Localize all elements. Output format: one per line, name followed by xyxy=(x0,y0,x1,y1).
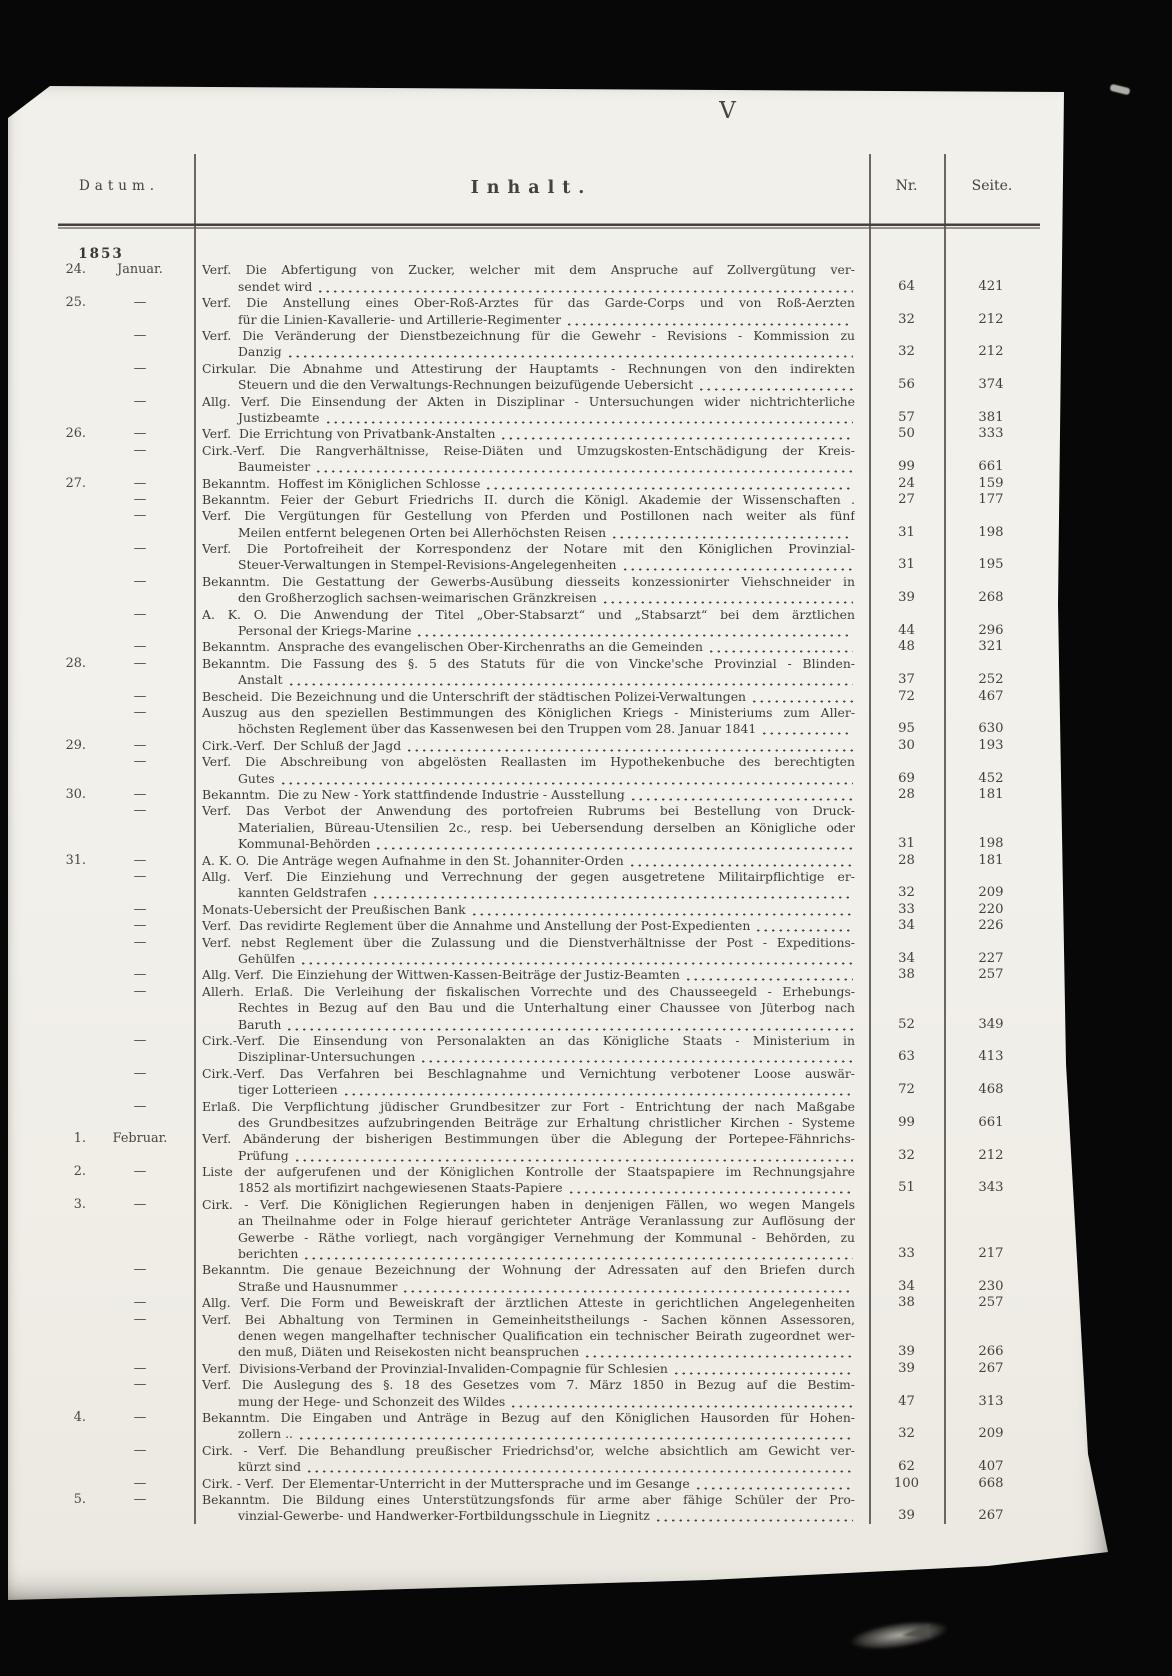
date-day xyxy=(8,869,86,885)
table-row: —Cirk.-Verf. Die Rangverhältnisse, Reise… xyxy=(8,443,1038,476)
date-month: — xyxy=(86,394,194,410)
seite-cell: 381 xyxy=(944,410,1038,426)
seite-cell: 220 xyxy=(944,902,1038,918)
date-month: — xyxy=(86,541,194,557)
entry-text: Personal der Kriegs-Marine xyxy=(238,623,411,639)
nr-cell: 39 xyxy=(869,1344,944,1360)
content-cell: Verf. Abänderung der bisherigen Bestimmu… xyxy=(194,1131,869,1164)
entry-line: Cirk.-Verf. Das Verfahren bei Beschlagna… xyxy=(202,1066,855,1082)
date-cell: — xyxy=(8,705,194,721)
document-page: V Datum. Inhalt. Nr. Seite. 1853 24.Janu… xyxy=(8,84,1108,1606)
entry-line: Prüfung xyxy=(202,1148,855,1164)
seite-cell: 193 xyxy=(944,738,1038,754)
content-cell: Cirk.-Verf. Der Schluß der Jagd xyxy=(194,738,869,754)
nr-cell: 57 xyxy=(869,410,944,426)
dotted-leader xyxy=(710,639,853,655)
date-day xyxy=(8,1377,86,1393)
table-row: 31.—A. K. O. Die Anträge wegen Aufnahme … xyxy=(8,853,1038,869)
date-month: — xyxy=(86,738,194,754)
seite-cell: 413 xyxy=(944,1049,1038,1065)
nr-cell: 39 xyxy=(869,1508,944,1524)
table-row: —Allg. Verf. Die Form und Beweiskraft de… xyxy=(8,1295,1038,1311)
table-row: —Verf. nebst Reglement über die Zulassun… xyxy=(8,935,1038,968)
table-row: 1.Februar.Verf. Abänderung der bisherige… xyxy=(8,1131,1038,1164)
seite-cell: 159 xyxy=(944,476,1038,492)
nr-cell: 44 xyxy=(869,623,944,639)
date-cell: — xyxy=(8,574,194,590)
entry-line: Verf. Die Auslegung des §. 18 des Gesetz… xyxy=(202,1377,855,1393)
date-day xyxy=(8,639,86,655)
table-row: —Cirk. - Verf. Der Elementar-Unterricht … xyxy=(8,1476,1038,1492)
nr-cell: 32 xyxy=(869,1148,944,1164)
date-day xyxy=(8,689,86,705)
date-month: — xyxy=(86,492,194,508)
entry-text: für die Linien-Kavallerie- und Artilleri… xyxy=(238,312,561,328)
seite-cell: 227 xyxy=(944,951,1038,967)
date-cell: — xyxy=(8,1361,194,1377)
entry-text: Allg. Verf. Die Einziehung der Wittwen-K… xyxy=(202,967,680,983)
entry-line: Danzig xyxy=(202,344,855,360)
dotted-leader xyxy=(290,672,853,688)
content-cell: Cirk. - Verf. Die Königlichen Regierunge… xyxy=(194,1197,869,1263)
seite-cell: 257 xyxy=(944,1295,1038,1311)
entry-line: Materialien, Büreau-Utensilien 2c., resp… xyxy=(202,820,855,836)
date-cell: — xyxy=(8,1377,194,1393)
table-row: —A. K. O. Die Anwendung der Titel „Ober-… xyxy=(8,607,1038,640)
date-day xyxy=(8,1361,86,1377)
entry-line: Cirk. - Verf. Die Behandlung preußischer… xyxy=(202,1443,855,1459)
date-day xyxy=(8,935,86,951)
entry-line: tiger Lotterieen xyxy=(202,1082,855,1098)
dotted-leader xyxy=(675,1361,853,1377)
entry-line: sendet wird xyxy=(202,279,855,295)
dotted-leader xyxy=(586,1344,853,1360)
date-day xyxy=(8,967,86,983)
date-month: — xyxy=(86,656,194,672)
entry-line: 1852 als mortifizirt nachgewiesenen Staa… xyxy=(202,1180,855,1196)
table-row: 4.—Bekanntm. Die Eingaben und Anträge in… xyxy=(8,1410,1038,1443)
date-day xyxy=(8,1295,86,1311)
seite-cell: 452 xyxy=(944,771,1038,787)
seite-cell: 268 xyxy=(944,590,1038,606)
entry-text: zollern .. xyxy=(238,1426,293,1442)
table-row: —Verf. Die Portofreiheit der Korresponde… xyxy=(8,541,1038,574)
date-day: 31. xyxy=(8,853,86,869)
toc-rows: 1853 24.Januar.Verf. Die Abfertigung von… xyxy=(8,246,1038,1525)
date-month: — xyxy=(86,426,194,442)
date-cell: — xyxy=(8,1066,194,1082)
entry-text: mung der Hege- und Schonzeit des Wildes xyxy=(238,1394,505,1410)
nr-cell: 48 xyxy=(869,639,944,655)
nr-cell: 69 xyxy=(869,771,944,787)
table-row: —Bekanntm. Feier der Geburt Friedrichs I… xyxy=(8,492,1038,508)
date-cell: — xyxy=(8,967,194,983)
content-cell: Bekanntm. Ansprache des evangelischen Ob… xyxy=(194,639,869,655)
entry-line: Verf. Die Anstellung eines Ober-Roß-Arzt… xyxy=(202,295,855,311)
nr-cell: 34 xyxy=(869,1279,944,1295)
entry-line: Verf. Die Errichtung von Privatbank-Anst… xyxy=(202,426,855,442)
entry-text: Meilen entfernt belegenen Orten bei Alle… xyxy=(238,525,606,541)
entry-text: höchsten Reglement über das Kassenwesen … xyxy=(238,721,756,737)
date-day: 30. xyxy=(8,787,86,803)
date-cell: — xyxy=(8,541,194,557)
entry-line: Straße und Hausnummer xyxy=(202,1279,855,1295)
nr-cell: 32 xyxy=(869,312,944,328)
content-cell: Verf. Die Veränderung der Dienstbezeichn… xyxy=(194,328,869,361)
entry-line: kürzt sind xyxy=(202,1459,855,1475)
page-number: V xyxy=(696,98,760,124)
entry-text: Straße und Hausnummer xyxy=(238,1279,397,1295)
content-cell: A. K. O. Die Anwendung der Titel „Ober-S… xyxy=(194,607,869,640)
entry-text: kürzt sind xyxy=(238,1459,301,1475)
dotted-leader xyxy=(288,1017,853,1033)
date-day: 5. xyxy=(8,1492,86,1508)
entry-line: den muß, Diäten und Reisekosten nicht be… xyxy=(202,1344,855,1360)
dotted-leader xyxy=(687,967,853,983)
table-row: 29.—Cirk.-Verf. Der Schluß der Jagd30193 xyxy=(8,738,1038,754)
dotted-leader xyxy=(604,590,853,606)
content-cell: Bekanntm. Die genaue Bezeichnung der Woh… xyxy=(194,1262,869,1295)
entry-text: Verf. Divisions-Verband der Provinzial-I… xyxy=(202,1361,668,1377)
entry-line: Bekanntm. Die genaue Bezeichnung der Woh… xyxy=(202,1262,855,1278)
dotted-leader xyxy=(345,1082,853,1098)
date-month: — xyxy=(86,361,194,377)
content-cell: Verf. Das Verbot der Anwendung des porto… xyxy=(194,803,869,852)
date-month: — xyxy=(86,508,194,524)
date-day: 25. xyxy=(8,295,86,311)
entry-line: Gutes xyxy=(202,771,855,787)
entry-line: Bekanntm. Die Bildung eines Unterstützun… xyxy=(202,1492,855,1508)
seite-cell: 333 xyxy=(944,426,1038,442)
nr-cell: 95 xyxy=(869,721,944,737)
column-header-inhalt: Inhalt. xyxy=(194,178,869,198)
entry-line: Verf. nebst Reglement über die Zulassung… xyxy=(202,935,855,951)
date-cell: — xyxy=(8,1295,194,1311)
dotted-leader xyxy=(422,1049,853,1065)
date-day xyxy=(8,574,86,590)
year-heading: 1853 xyxy=(8,246,194,262)
date-month: — xyxy=(86,935,194,951)
seite-cell: 468 xyxy=(944,1082,1038,1098)
date-month: — xyxy=(86,1312,194,1328)
entry-line: berichten xyxy=(202,1246,855,1262)
date-cell: — xyxy=(8,869,194,885)
date-month: — xyxy=(86,639,194,655)
dotted-leader xyxy=(512,1394,853,1410)
date-month: — xyxy=(86,1066,194,1082)
entry-text: Bekanntm. Hoffest im Königlichen Schloss… xyxy=(202,476,480,492)
date-cell: — xyxy=(8,935,194,951)
entry-text: Justizbeamte xyxy=(238,410,320,426)
content-cell: Verf. Das revidirte Reglement über die A… xyxy=(194,918,869,934)
date-month: — xyxy=(86,1295,194,1311)
seite-cell: 421 xyxy=(944,279,1038,295)
date-day xyxy=(8,607,86,623)
dotted-leader xyxy=(319,279,853,295)
year-row: 1853 xyxy=(8,246,1038,262)
seite-cell: 661 xyxy=(944,1115,1038,1131)
entry-text: 1852 als mortifizirt nachgewiesenen Staa… xyxy=(238,1180,563,1196)
seite-cell: 212 xyxy=(944,312,1038,328)
entry-line: Bekanntm. Ansprache des evangelischen Ob… xyxy=(202,639,855,655)
entry-text: A. K. O. Die Anträge wegen Aufnahme in d… xyxy=(202,853,624,869)
date-day: 28. xyxy=(8,656,86,672)
date-day xyxy=(8,1033,86,1049)
seite-cell: 181 xyxy=(944,787,1038,803)
dotted-leader xyxy=(757,918,853,934)
entry-line: A. K. O. Die Anträge wegen Aufnahme in d… xyxy=(202,853,855,869)
nr-cell: 72 xyxy=(869,689,944,705)
seite-cell: 630 xyxy=(944,721,1038,737)
entry-text: Bescheid. Die Bezeichnung und die Unters… xyxy=(202,689,746,705)
entry-line: Verf. Die Veränderung der Dienstbezeichn… xyxy=(202,328,855,344)
nr-cell: 37 xyxy=(869,672,944,688)
table-row: —Verf. Die Vergütungen für Gestellung vo… xyxy=(8,508,1038,541)
seite-cell: 209 xyxy=(944,1426,1038,1442)
date-month: — xyxy=(86,1476,194,1492)
entry-line: Verf. Bei Abhaltung von Terminen in Geme… xyxy=(202,1312,855,1328)
seite-cell: 374 xyxy=(944,377,1038,393)
table-row: —Auszug aus den speziellen Bestimmungen … xyxy=(8,705,1038,738)
content-cell: Allg. Verf. Die Einsendung der Akten in … xyxy=(194,394,869,427)
date-cell: — xyxy=(8,361,194,377)
seite-cell: 209 xyxy=(944,885,1038,901)
entry-line: Bekanntm. Feier der Geburt Friedrichs II… xyxy=(202,492,855,508)
entry-line: Bekanntm. Die Gestattung der Gewerbs-Aus… xyxy=(202,574,855,590)
date-month: — xyxy=(86,1099,194,1115)
table-row: —Verf. Das Verbot der Anwendung des port… xyxy=(8,803,1038,852)
content-cell: Bekanntm. Feier der Geburt Friedrichs II… xyxy=(194,492,869,508)
date-month: — xyxy=(86,1377,194,1393)
date-month: — xyxy=(86,803,194,819)
nr-cell: 24 xyxy=(869,476,944,492)
dotted-leader xyxy=(404,1279,853,1295)
nr-cell: 34 xyxy=(869,918,944,934)
date-day: 27. xyxy=(8,476,86,492)
page-corner-speck xyxy=(1109,84,1130,96)
dotted-leader xyxy=(487,476,853,492)
entry-line: des Grundbesitzes aufzubringenden Beiträ… xyxy=(202,1115,855,1131)
seite-cell: 313 xyxy=(944,1394,1038,1410)
content-cell: Verf. Die Portofreiheit der Korresponden… xyxy=(194,541,869,574)
nr-cell: 56 xyxy=(869,377,944,393)
seite-cell: 177 xyxy=(944,492,1038,508)
table-row: —Bekanntm. Die genaue Bezeichnung der Wo… xyxy=(8,1262,1038,1295)
date-day xyxy=(8,705,86,721)
table-row: —Bekanntm. Die Gestattung der Gewerbs-Au… xyxy=(8,574,1038,607)
date-cell: — xyxy=(8,508,194,524)
date-cell: — xyxy=(8,394,194,410)
entry-line: Cirk.-Verf. Die Einsendung von Personala… xyxy=(202,1033,855,1049)
dotted-leader xyxy=(632,787,853,803)
dotted-leader xyxy=(408,738,853,754)
entry-line: Verf. Die Abfertigung von Zucker, welche… xyxy=(202,262,855,278)
table-row: 26.—Verf. Die Errichtung von Privatbank-… xyxy=(8,426,1038,442)
date-month: — xyxy=(86,689,194,705)
dotted-leader xyxy=(473,902,853,918)
seite-cell: 195 xyxy=(944,557,1038,573)
date-cell: — xyxy=(8,902,194,918)
nr-cell: 28 xyxy=(869,787,944,803)
date-month: — xyxy=(86,1361,194,1377)
seite-cell: 343 xyxy=(944,1180,1038,1196)
entry-line: Auszug aus den speziellen Bestimmungen d… xyxy=(202,705,855,721)
entry-line: Justizbeamte xyxy=(202,410,855,426)
seite-cell: 296 xyxy=(944,623,1038,639)
entry-line: für die Linien-Kavallerie- und Artilleri… xyxy=(202,312,855,328)
date-day: 26. xyxy=(8,426,86,442)
entry-text: Gutes xyxy=(238,771,275,787)
entry-text: vinzial-Gewerbe- und Handwerker-Fortbild… xyxy=(238,1508,650,1524)
date-cell: — xyxy=(8,984,194,1000)
date-month: — xyxy=(86,1410,194,1426)
entry-line: Allg. Verf. Die Form und Beweiskraft der… xyxy=(202,1295,855,1311)
date-day xyxy=(8,541,86,557)
table-row: —Cirkular. Die Abnahme und Attestirung d… xyxy=(8,361,1038,394)
entry-line: Cirk. - Verf. Die Königlichen Regierunge… xyxy=(202,1197,855,1213)
date-month: — xyxy=(86,574,194,590)
nr-cell: 33 xyxy=(869,902,944,918)
content-cell: Verf. nebst Reglement über die Zulassung… xyxy=(194,935,869,968)
table-row: —Allerh. Erlaß. Die Verleihung der fiska… xyxy=(8,984,1038,1033)
date-month: — xyxy=(86,1197,194,1213)
date-cell: — xyxy=(8,328,194,344)
entry-line: Allg. Verf. Die Einziehung und Verrechnu… xyxy=(202,869,855,885)
header-rule xyxy=(58,223,1040,229)
table-row: 3.—Cirk. - Verf. Die Königlichen Regieru… xyxy=(8,1197,1038,1263)
entry-line: Erlaß. Die Verpflichtung jüdischer Grund… xyxy=(202,1099,855,1115)
content-cell: Allg. Verf. Die Einziehung der Wittwen-K… xyxy=(194,967,869,983)
content-cell: Allg. Verf. Die Einziehung und Verrechnu… xyxy=(194,869,869,902)
entry-line: Allg. Verf. Die Einsendung der Akten in … xyxy=(202,394,855,410)
dotted-leader xyxy=(300,1426,853,1442)
date-cell: — xyxy=(8,1476,194,1492)
content-cell: Verf. Die Abschreibung von abgelösten Re… xyxy=(194,754,869,787)
content-cell: Cirk. - Verf. Der Elementar-Unterricht i… xyxy=(194,1476,869,1492)
seite-cell: 321 xyxy=(944,639,1038,655)
seite-cell: 230 xyxy=(944,1279,1038,1295)
date-day: 3. xyxy=(8,1197,86,1213)
entry-line: Gewerbe - Räthe vorliegt, nach vorgängig… xyxy=(202,1230,855,1246)
entry-line: Allg. Verf. Die Einziehung der Wittwen-K… xyxy=(202,967,855,983)
date-month: — xyxy=(86,1492,194,1508)
entry-text: Kommunal-Behörden xyxy=(238,836,370,852)
content-cell: Cirk.-Verf. Das Verfahren bei Beschlagna… xyxy=(194,1066,869,1099)
date-month: — xyxy=(86,754,194,770)
date-cell: — xyxy=(8,639,194,655)
date-month: — xyxy=(86,476,194,492)
nr-cell: 39 xyxy=(869,590,944,606)
entry-text: Verf. Das revidirte Reglement über die A… xyxy=(202,918,750,934)
column-header-seite: Seite. xyxy=(944,178,1040,194)
entry-text: Verf. Die Errichtung von Privatbank-Anst… xyxy=(202,426,495,442)
date-cell: — xyxy=(8,1262,194,1278)
table-row: —Verf. Die Abschreibung von abgelösten R… xyxy=(8,754,1038,787)
content-cell: Bekanntm. Die Eingaben und Anträge in Be… xyxy=(194,1410,869,1443)
dotted-leader xyxy=(568,312,853,328)
nr-cell: 34 xyxy=(869,951,944,967)
nr-cell: 99 xyxy=(869,459,944,475)
entry-line: denen wegen mangelhafter technischer Qua… xyxy=(202,1328,855,1344)
dotted-leader xyxy=(418,623,853,639)
nr-cell: 38 xyxy=(869,967,944,983)
content-cell: Bescheid. Die Bezeichnung und die Unters… xyxy=(194,689,869,705)
nr-cell: 38 xyxy=(869,1295,944,1311)
table-row: —Bekanntm. Ansprache des evangelischen O… xyxy=(8,639,1038,655)
table-row: —Erlaß. Die Verpflichtung jüdischer Grun… xyxy=(8,1099,1038,1132)
entry-line: Verf. Die Portofreiheit der Korresponden… xyxy=(202,541,855,557)
date-cell: — xyxy=(8,443,194,459)
content-cell: Cirk. - Verf. Die Behandlung preußischer… xyxy=(194,1443,869,1476)
content-cell: A. K. O. Die Anträge wegen Aufnahme in d… xyxy=(194,853,869,869)
seite-cell: 407 xyxy=(944,1459,1038,1475)
table-row: —Monats-Uebersicht der Preußischen Bank3… xyxy=(8,902,1038,918)
date-cell: 31.— xyxy=(8,853,194,869)
entry-text: Gehülfen xyxy=(238,951,295,967)
date-day xyxy=(8,1099,86,1115)
nr-cell: 30 xyxy=(869,738,944,754)
seite-cell: 267 xyxy=(944,1361,1038,1377)
entry-line: Allerh. Erlaß. Die Verleihung der fiskal… xyxy=(202,984,855,1000)
nr-cell: 39 xyxy=(869,1361,944,1377)
nr-cell: 63 xyxy=(869,1049,944,1065)
dotted-leader xyxy=(502,426,853,442)
date-month: — xyxy=(86,295,194,311)
date-day: 2. xyxy=(8,1164,86,1180)
date-day xyxy=(8,508,86,524)
dotted-leader xyxy=(305,1246,853,1262)
date-cell: — xyxy=(8,918,194,934)
entry-text: Cirk. - Verf. Der Elementar-Unterricht i… xyxy=(202,1476,690,1492)
date-day xyxy=(8,984,86,1000)
dotted-leader xyxy=(570,1180,853,1196)
dotted-leader xyxy=(282,771,853,787)
entry-line: Anstalt xyxy=(202,672,855,688)
date-cell: 30.— xyxy=(8,787,194,803)
date-day: 24. xyxy=(8,262,86,278)
table-row: —Verf. Divisions-Verband der Provinzial-… xyxy=(8,1361,1038,1377)
entry-line: Steuern und die den Verwaltungs-Rechnung… xyxy=(202,377,855,393)
date-month: — xyxy=(86,787,194,803)
dotted-leader xyxy=(302,951,853,967)
date-cell: 27.— xyxy=(8,476,194,492)
date-month: — xyxy=(86,328,194,344)
date-cell: — xyxy=(8,607,194,623)
entry-line: Verf. Divisions-Verband der Provinzial-I… xyxy=(202,1361,855,1377)
entry-line: Meilen entfernt belegenen Orten bei Alle… xyxy=(202,525,855,541)
date-month: — xyxy=(86,918,194,934)
date-cell: — xyxy=(8,689,194,705)
table-row: 5.—Bekanntm. Die Bildung eines Unterstüt… xyxy=(8,1492,1038,1525)
entry-line: vinzial-Gewerbe- und Handwerker-Fortbild… xyxy=(202,1508,855,1524)
table-row: —Verf. Das revidirte Reglement über die … xyxy=(8,918,1038,934)
nr-cell: 33 xyxy=(869,1246,944,1262)
dotted-leader xyxy=(296,1148,853,1164)
entry-text: Baruth xyxy=(238,1017,281,1033)
dotted-leader xyxy=(613,525,853,541)
date-month: Februar. xyxy=(86,1131,194,1147)
table-row: 27.—Bekanntm. Hoffest im Königlichen Sch… xyxy=(8,476,1038,492)
dotted-leader xyxy=(327,410,854,426)
entry-line: Bekanntm. Die zu New - York stattfindend… xyxy=(202,787,855,803)
nr-cell: 32 xyxy=(869,1426,944,1442)
entry-line: kannten Geldstrafen xyxy=(202,885,855,901)
nr-cell: 47 xyxy=(869,1394,944,1410)
seite-cell: 467 xyxy=(944,689,1038,705)
seite-cell: 267 xyxy=(944,1508,1038,1524)
entry-line: Verf. Das Verbot der Anwendung des porto… xyxy=(202,803,855,819)
entry-text: Steuer-Verwaltungen in Stempel-Revisions… xyxy=(238,557,617,573)
